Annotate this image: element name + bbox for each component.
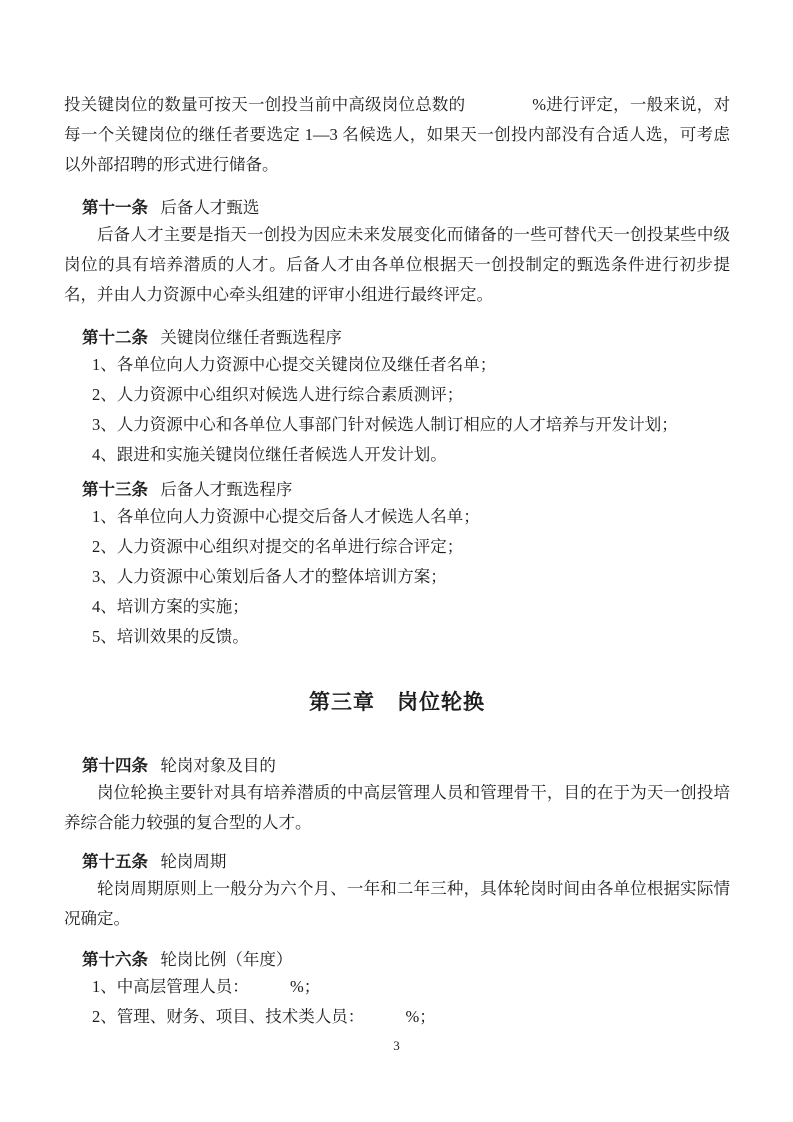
article-13-item-5: 5、培训效果的反馈。 [64,622,730,652]
article-12-title: 关键岗位继任者甄选程序 [160,328,342,347]
chapter-heading: 第三章 岗位轮换 [64,686,730,718]
article-16-title: 轮岗比例（年度） [160,950,292,969]
article-12-heading: 第十二条关键岗位继任者甄选程序 [64,326,730,350]
article-12-number: 第十二条 [82,328,148,347]
article-13-heading: 第十三条后备人才甄选程序 [64,478,730,502]
article-11-number: 第十一条 [82,198,148,217]
article-16-item-2: 2、管理、财务、项目、技术类人员： %； [64,1002,730,1032]
article-12-item-4: 4、跟进和实施关键岗位继任者候选人开发计划。 [64,440,730,470]
article-13-number: 第十三条 [82,480,148,499]
document-page: 投关键岗位的数量可按天一创投当前中高级岗位总数的 %进行评定，一般来说，对每一个… [0,0,793,1122]
article-15-body: 轮岗周期原则上一般分为六个月、一年和二年三种，具体轮岗时间由各单位根据实际情况确… [64,874,730,934]
article-11-title: 后备人才甄选 [160,198,259,217]
continuation-paragraph: 投关键岗位的数量可按天一创投当前中高级岗位总数的 %进行评定，一般来说，对每一个… [64,90,730,180]
article-12-item-3: 3、人力资源中心和各单位人事部门针对候选人制订相应的人才培养与开发计划； [64,410,730,440]
article-12-item-1: 1、各单位向人力资源中心提交关键岗位及继任者名单； [64,350,730,380]
article-13-item-1: 1、各单位向人力资源中心提交后备人才候选人名单； [64,502,730,532]
article-13-item-4: 4、培训方案的实施； [64,592,730,622]
page-number: 3 [0,1038,793,1054]
article-14-heading: 第十四条轮岗对象及目的 [64,754,730,778]
article-16-item-1: 1、中高层管理人员： %； [64,972,730,1002]
article-15-number: 第十五条 [82,852,148,871]
article-11-body: 后备人才主要是指天一创投为因应未来发展变化而储备的一些可替代天一创投某些中级岗位… [64,220,730,310]
article-16-heading: 第十六条轮岗比例（年度） [64,948,730,972]
article-15-heading: 第十五条轮岗周期 [64,850,730,874]
article-12-item-2: 2、人力资源中心组织对候选人进行综合素质测评； [64,380,730,410]
article-13-title: 后备人才甄选程序 [160,480,292,499]
article-14-title: 轮岗对象及目的 [160,756,276,775]
article-14-body: 岗位轮换主要针对具有培养潜质的中高层管理人员和管理骨干，目的在于为天一创投培养综… [64,778,730,838]
article-14-number: 第十四条 [82,756,148,775]
article-13-item-3: 3、人力资源中心策划后备人才的整体培训方案； [64,562,730,592]
article-16-number: 第十六条 [82,950,148,969]
article-13-item-2: 2、人力资源中心组织对提交的名单进行综合评定； [64,532,730,562]
article-15-title: 轮岗周期 [160,852,226,871]
article-11-heading: 第十一条后备人才甄选 [64,196,730,220]
